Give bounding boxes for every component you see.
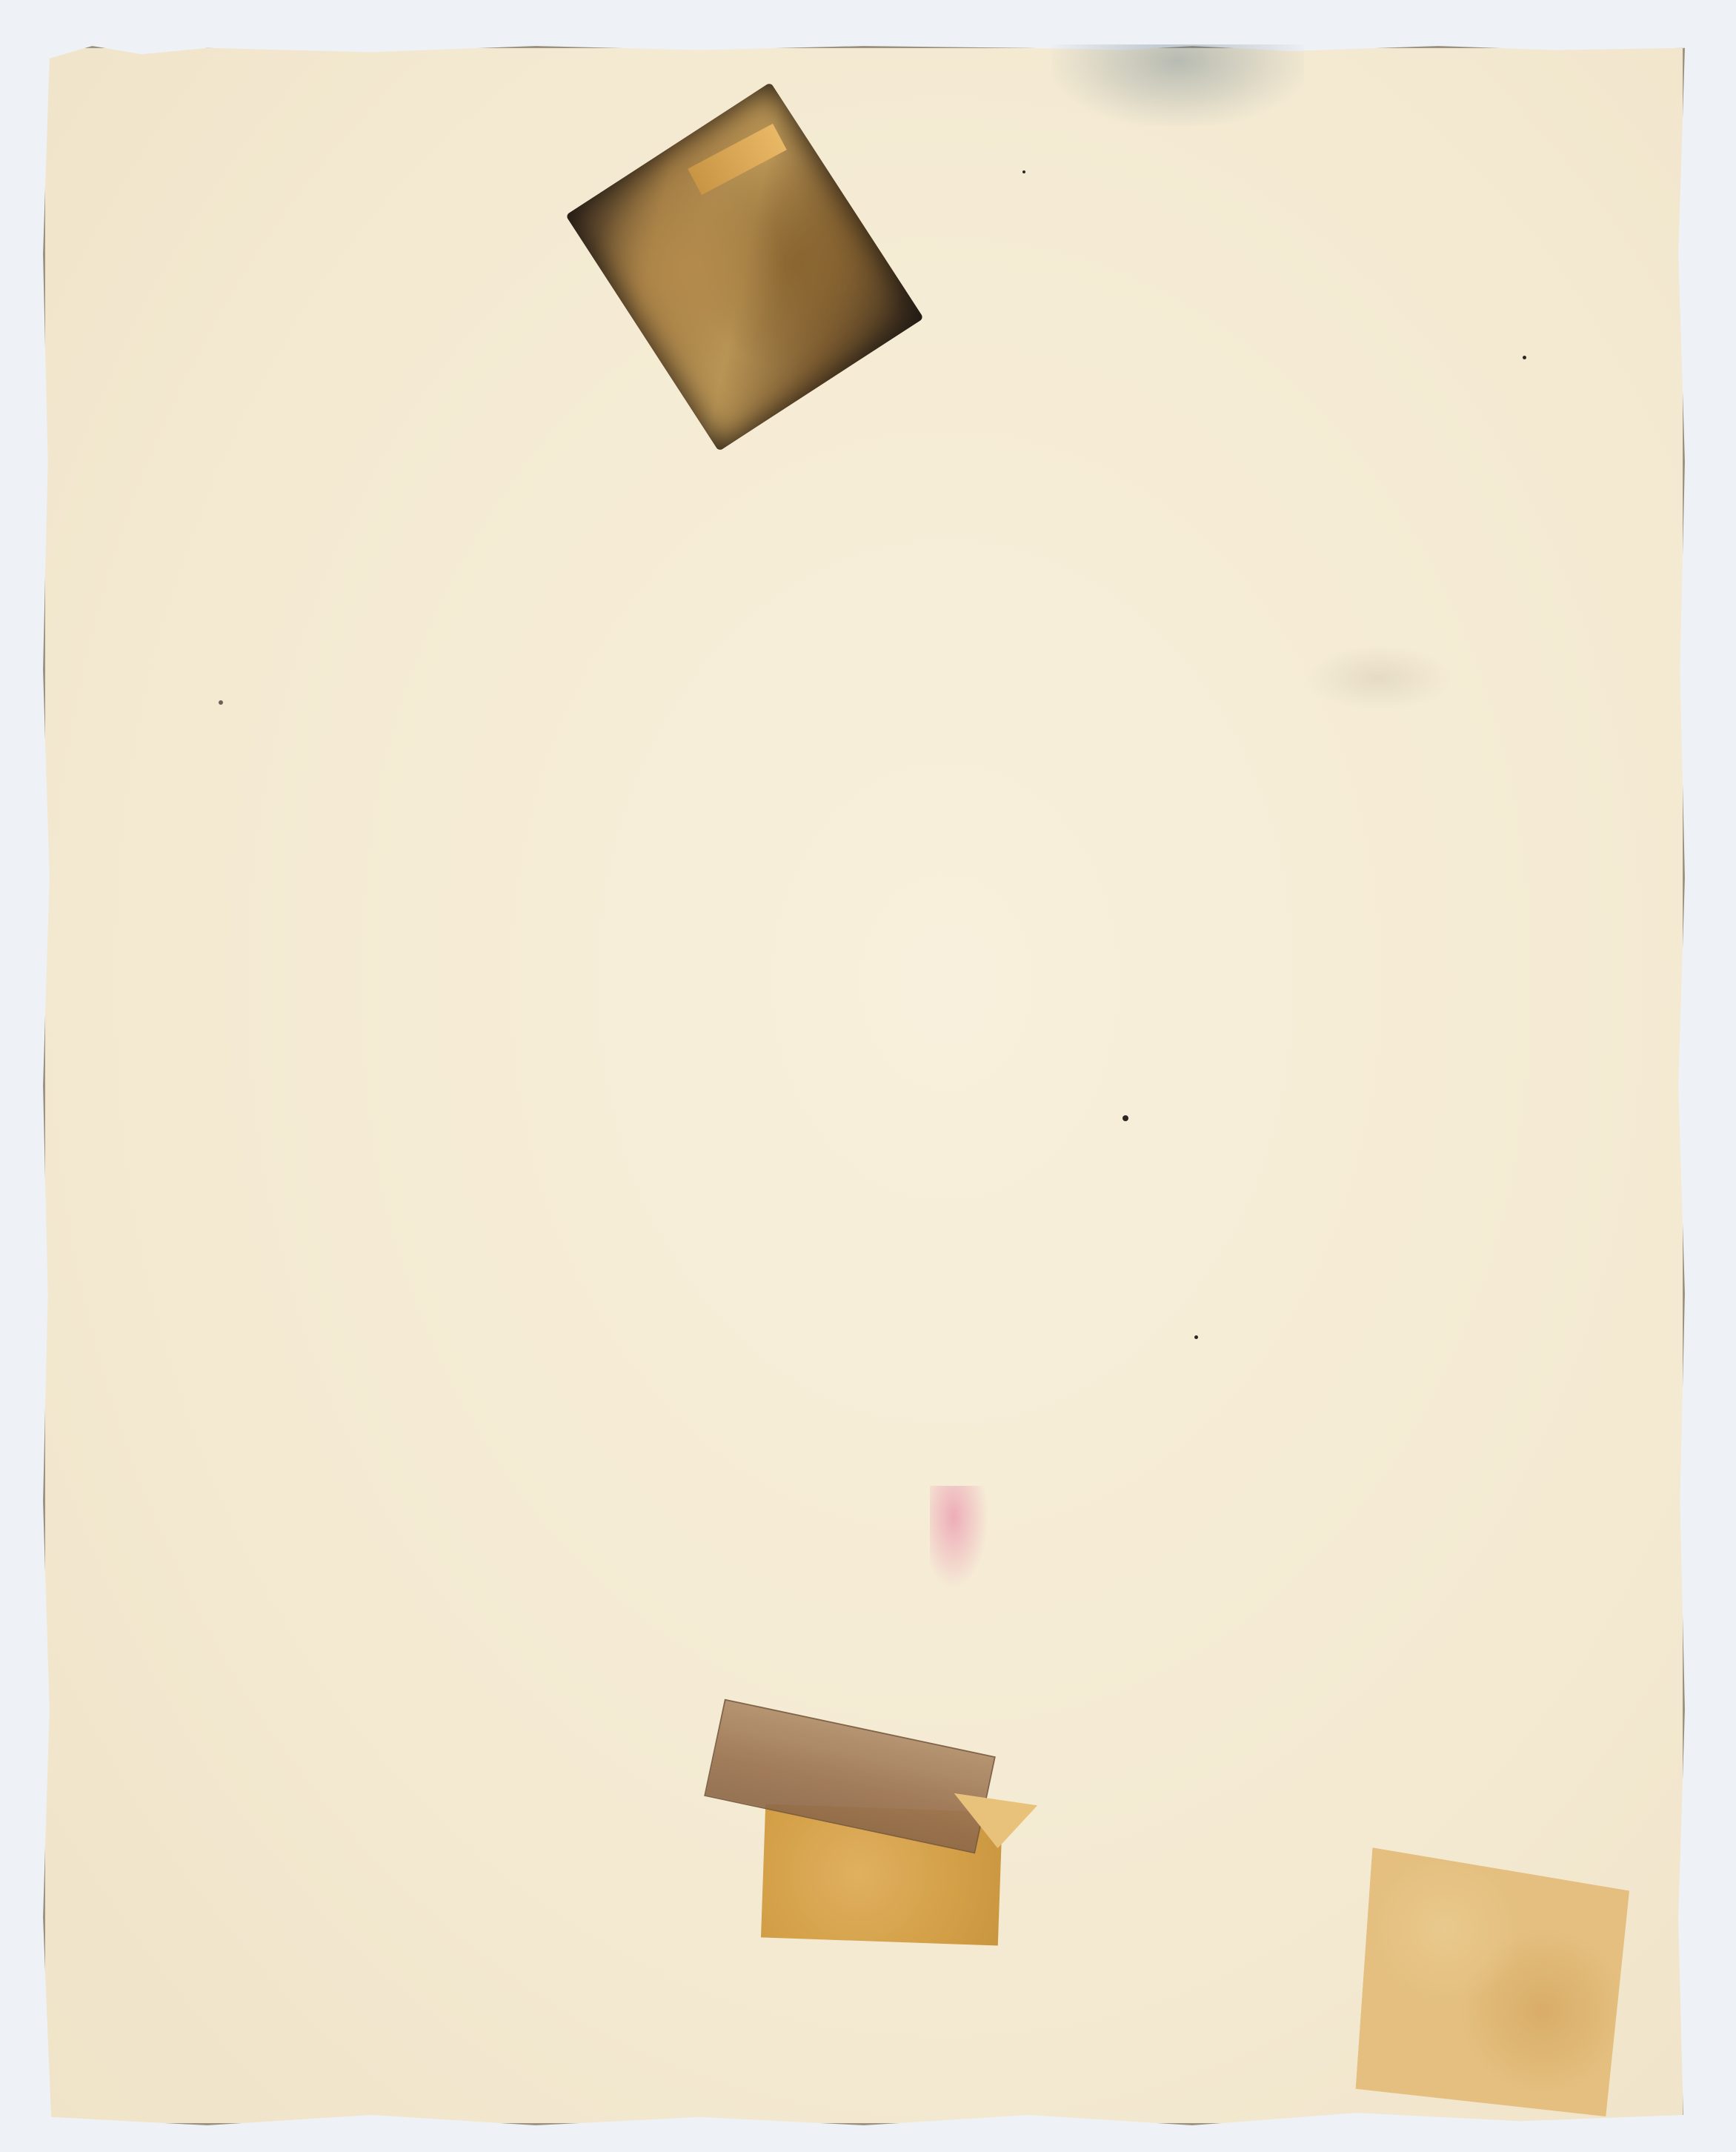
speck <box>1194 1335 1198 1339</box>
speck <box>219 700 223 705</box>
speck <box>1022 170 1025 173</box>
speck <box>1523 356 1526 359</box>
top-edge-stain <box>1052 44 1304 126</box>
faded-tape-corner <box>1355 1847 1632 2117</box>
pink-ink-stain <box>930 1486 989 1590</box>
faint-smudge <box>1304 645 1452 711</box>
speck <box>1123 1115 1128 1121</box>
